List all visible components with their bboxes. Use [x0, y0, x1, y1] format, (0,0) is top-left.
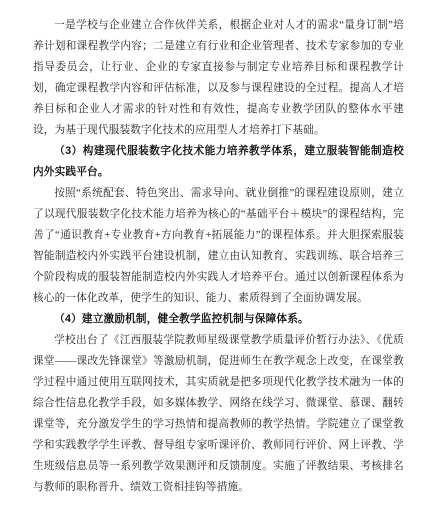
document-page: 一是学校与企业建立合作伙伴关系，根据企业对人才的需求“量身订制”培养计划和课程教…: [0, 0, 436, 526]
heading-item-3-digital-teaching-system: （3）构建现代服装数字化技术能力培养教学体系，建立服装智能制造校内外实践平台。: [33, 141, 404, 183]
paragraph-curriculum-structure: 按照“系统配套、特色突出、需求导向、就业倒推”的课程建设原则，建立了以现代服装数…: [33, 183, 404, 309]
heading-item-4-incentive-mechanism: （4）建立激励机制，健全教学监控机制与保障体系。: [33, 309, 404, 330]
paragraph-school-enterprise-cooperation: 一是学校与企业建立合作伙伴关系，根据企业对人才的需求“量身订制”培养计划和课程教…: [33, 15, 404, 141]
paragraph-incentive-evaluation-system: 学校出台了《江西服装学院教师星级课堂教学质量评价暂行办法》、《优质课堂——课改先…: [33, 330, 404, 498]
